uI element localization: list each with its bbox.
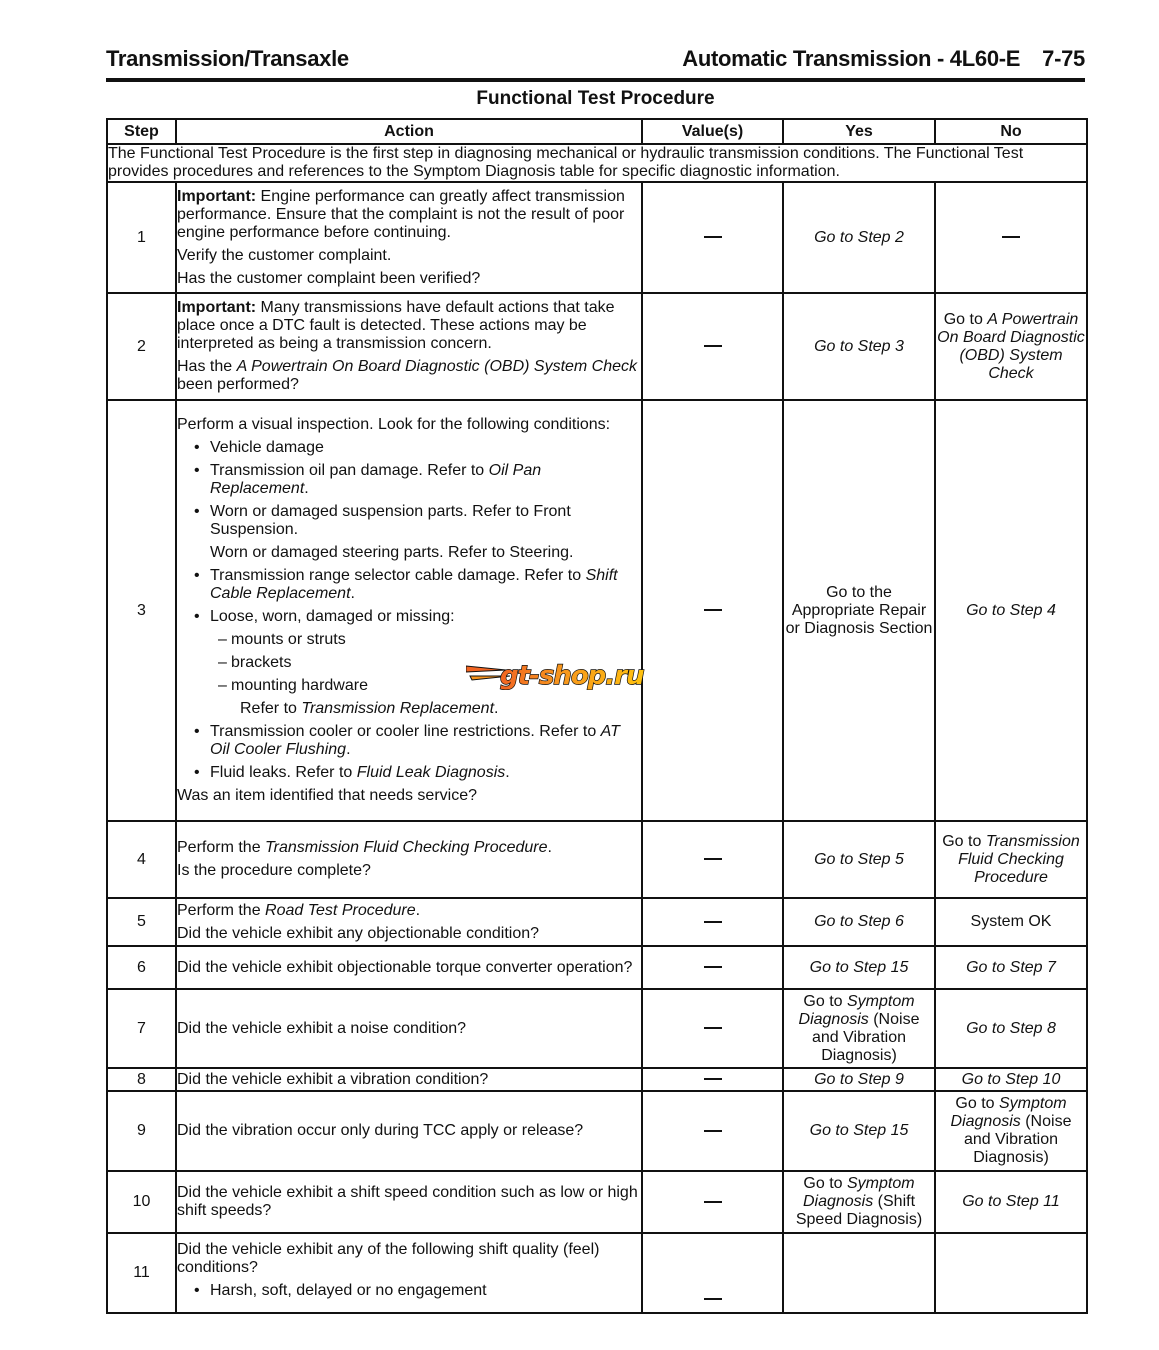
goto-step-link: Go to Step 11 — [962, 1193, 1060, 1210]
action-line: Perform the Road Test Procedure. — [177, 902, 641, 920]
goto-step-link: Go to Step 3 — [814, 338, 904, 355]
action-cell: Did the vibration occur only during TCC … — [176, 1091, 642, 1171]
no-cell: Go to Transmission Fluid Checking Proced… — [935, 821, 1087, 898]
item-text: Transmission cooler or cooler line restr… — [210, 723, 601, 740]
list-item: Transmission range selector cable damage… — [177, 567, 641, 603]
values-cell — [642, 1233, 783, 1313]
step-number: 4 — [107, 821, 176, 898]
table-row: 6Did the vehicle exhibit objectionable t… — [107, 946, 1087, 989]
item-text: mounts or struts — [231, 631, 346, 648]
action-question: Did the vehicle exhibit objectionable to… — [177, 959, 641, 977]
yes-cell: Go to Step 5 — [783, 821, 935, 898]
item-text: Vehicle damage — [210, 439, 324, 456]
section-title: Transmission/Transaxle — [106, 46, 349, 72]
action-intro: Perform a visual inspection. Look for th… — [177, 416, 641, 434]
reference-link: Road Test Procedure — [265, 902, 416, 919]
col-header-step: Step — [107, 119, 176, 144]
yes-cell: Go to Step 2 — [783, 182, 935, 293]
no-cell — [935, 182, 1087, 293]
important-note: Important: Many transmissions have defau… — [177, 299, 641, 353]
list-item: Worn or damaged steering parts. Refer to… — [177, 544, 641, 562]
svg-text:gt-shop.ru: gt-shop.ru — [500, 661, 644, 690]
action-line: Verify the customer complaint. — [177, 247, 641, 265]
values-cell — [642, 898, 783, 946]
action-question: Was an item identified that needs servic… — [177, 787, 641, 805]
not-applicable-dash — [704, 345, 722, 347]
not-applicable-dash — [704, 1130, 722, 1132]
values-cell — [642, 946, 783, 989]
yes-cell: Go to Step 3 — [783, 293, 935, 400]
step-number: 11 — [107, 1233, 176, 1313]
text: . — [416, 902, 420, 919]
intro-row: The Functional Test Procedure is the fir… — [107, 144, 1087, 182]
list-item: Loose, worn, damaged or missing: — [177, 608, 641, 626]
table-header-row: Step Action Value(s) Yes No — [107, 119, 1087, 144]
yes-cell: Go to Step 6 — [783, 898, 935, 946]
col-header-values: Value(s) — [642, 119, 783, 144]
text: . — [548, 839, 552, 856]
values-cell — [642, 1091, 783, 1171]
reference-link: Transmission Replacement — [301, 700, 494, 717]
yes-cell — [783, 1233, 935, 1313]
action-question: Did the vehicle exhibit any objectionabl… — [177, 925, 641, 943]
step-number: 1 — [107, 182, 176, 293]
table-row: 2Important: Many transmissions have defa… — [107, 293, 1087, 400]
action-question: Has the A Powertrain On Board Diagnostic… — [177, 358, 641, 394]
goto-step-link: Go to Step 4 — [966, 602, 1056, 619]
item-text: Worn or damaged suspension parts. Refer … — [210, 503, 571, 538]
col-header-yes: Yes — [783, 119, 935, 144]
not-applicable-dash — [704, 1201, 722, 1203]
page-header: Transmission/Transaxle Automatic Transmi… — [106, 44, 1085, 82]
step-number: 7 — [107, 989, 176, 1068]
list-item: Vehicle damage — [177, 439, 641, 457]
no-cell: Go to Step 7 — [935, 946, 1087, 989]
step-number: 9 — [107, 1091, 176, 1171]
table-row: 5Perform the Road Test Procedure.Did the… — [107, 898, 1087, 946]
list-item: Worn or damaged suspension parts. Refer … — [177, 503, 641, 539]
action-cell: Perform the Transmission Fluid Checking … — [176, 821, 642, 898]
action-cell: Important: Engine performance can greatl… — [176, 182, 642, 293]
action-cell: Perform a visual inspection. Look for th… — [176, 400, 642, 821]
outcome-text: Go to the Appropriate Repair or Diagnosi… — [786, 584, 933, 637]
important-label: Important: — [177, 299, 256, 316]
important-note: Important: Engine performance can greatl… — [177, 188, 641, 242]
values-cell — [642, 821, 783, 898]
table-row: 3Perform a visual inspection. Look for t… — [107, 400, 1087, 821]
step-number: 5 — [107, 898, 176, 946]
values-cell — [642, 293, 783, 400]
outcome-text: Go to — [803, 993, 847, 1010]
step-number: 6 — [107, 946, 176, 989]
watermark-logo: gt-shop.ru — [466, 660, 692, 690]
no-cell: System OK — [935, 898, 1087, 946]
goto-step-link: Go to Step 9 — [814, 1071, 904, 1088]
goto-step-link: Go to Step 8 — [966, 1020, 1056, 1037]
table-row: 4Perform the Transmission Fluid Checking… — [107, 821, 1087, 898]
goto-step-link: Go to Step 2 — [814, 229, 904, 246]
item-text: . — [351, 585, 355, 602]
col-header-no: No — [935, 119, 1087, 144]
item-text: Transmission range selector cable damage… — [210, 567, 586, 584]
col-header-action: Action — [176, 119, 642, 144]
table-row: 8Did the vehicle exhibit a vibration con… — [107, 1068, 1087, 1091]
item-text: . — [494, 700, 498, 717]
not-applicable-dash — [704, 1027, 722, 1029]
chapter-title: Automatic Transmission - 4L60-E7-75 — [682, 46, 1085, 72]
action-question: Did the vehicle exhibit a shift speed co… — [177, 1184, 641, 1220]
item-text: Transmission oil pan damage. Refer to — [210, 462, 489, 479]
goto-step-link: Go to Step 15 — [810, 959, 909, 976]
goto-step-link: Go to Step 15 — [810, 1122, 909, 1139]
text: Has the — [177, 358, 237, 375]
reference-link: Transmission Fluid Checking Procedure — [265, 839, 547, 856]
table-row: 11Did the vehicle exhibit any of the fol… — [107, 1233, 1087, 1313]
goto-step-link: Go to Step 5 — [814, 851, 904, 868]
list-item: mounts or struts — [177, 631, 641, 649]
step-number: 10 — [107, 1171, 176, 1233]
table-row: 9Did the vibration occur only during TCC… — [107, 1091, 1087, 1171]
item-text: . — [346, 741, 350, 758]
values-cell — [642, 1171, 783, 1233]
values-cell — [642, 400, 783, 821]
item-text: mounting hardware — [231, 677, 368, 694]
not-applicable-dash — [704, 921, 722, 923]
action-cell: Did the vehicle exhibit a shift speed co… — [176, 1171, 642, 1233]
text: Perform the — [177, 902, 265, 919]
action-cell: Perform the Road Test Procedure.Did the … — [176, 898, 642, 946]
values-cell — [642, 182, 783, 293]
no-cell: Go to Step 10 — [935, 1068, 1087, 1091]
reference-link: Fluid Leak Diagnosis — [357, 764, 506, 781]
not-applicable-dash — [704, 1298, 722, 1300]
not-applicable-dash — [704, 858, 722, 860]
yes-cell: Go to Step 15 — [783, 1091, 935, 1171]
yes-cell: Go to Step 15 — [783, 946, 935, 989]
action-question: Did the vibration occur only during TCC … — [177, 1122, 641, 1140]
list-item: Refer to Transmission Replacement. — [177, 700, 641, 718]
table-row: 1Important: Engine performance can great… — [107, 182, 1087, 293]
page-number: 7-75 — [1042, 46, 1085, 71]
important-label: Important: — [177, 188, 256, 205]
action-line: Perform the Transmission Fluid Checking … — [177, 839, 641, 857]
yes-cell: Go to Symptom Diagnosis (Shift Speed Dia… — [783, 1171, 935, 1233]
table-row: 10Did the vehicle exhibit a shift speed … — [107, 1171, 1087, 1233]
item-text: Fluid leaks. Refer to — [210, 764, 357, 781]
not-applicable-dash — [704, 966, 722, 968]
values-cell — [642, 989, 783, 1068]
text: been performed? — [177, 376, 299, 393]
table-row: 7Did the vehicle exhibit a noise conditi… — [107, 989, 1087, 1068]
action-cell: Did the vehicle exhibit a vibration cond… — [176, 1068, 642, 1091]
action-cell: Did the vehicle exhibit any of the follo… — [176, 1233, 642, 1313]
action-question: Did the vehicle exhibit a noise conditio… — [177, 1020, 641, 1038]
action-cell: Important: Many transmissions have defau… — [176, 293, 642, 400]
list-item: Harsh, soft, delayed or no engagement — [177, 1282, 641, 1300]
action-question: Is the procedure complete? — [177, 862, 641, 880]
item-text: Harsh, soft, delayed or no engagement — [210, 1282, 487, 1299]
not-applicable-dash — [704, 1078, 722, 1080]
step-number: 8 — [107, 1068, 176, 1091]
no-cell: Go to Symptom Diagnosis (Noise and Vibra… — [935, 1091, 1087, 1171]
no-cell: Go to Step 4 — [935, 400, 1087, 821]
outcome-text: Go to — [944, 311, 988, 328]
list-item: Fluid leaks. Refer to Fluid Leak Diagnos… — [177, 764, 641, 782]
text: Perform the — [177, 839, 265, 856]
item-text: Worn or damaged steering parts. Refer to… — [210, 544, 573, 561]
action-cell: Did the vehicle exhibit a noise conditio… — [176, 989, 642, 1068]
step-number: 3 — [107, 400, 176, 821]
values-cell — [642, 1068, 783, 1091]
item-text: Refer to — [240, 700, 301, 717]
yes-cell: Go to the Appropriate Repair or Diagnosi… — [783, 400, 935, 821]
no-cell: Go to A Powertrain On Board Diagnostic (… — [935, 293, 1087, 400]
list-item: Transmission cooler or cooler line restr… — [177, 723, 641, 759]
not-applicable-dash — [1002, 236, 1020, 238]
goto-step-link: Go to Step 6 — [814, 913, 904, 930]
action-question: Did the vehicle exhibit any of the follo… — [177, 1241, 641, 1277]
no-cell: Go to Step 8 — [935, 989, 1087, 1068]
yes-cell: Go to Step 9 — [783, 1068, 935, 1091]
item-text: brackets — [231, 654, 291, 671]
no-cell: Go to Step 11 — [935, 1171, 1087, 1233]
step-number: 2 — [107, 293, 176, 400]
chapter-name: Automatic Transmission - 4L60-E — [682, 46, 1020, 71]
outcome-text: Go to — [942, 833, 986, 850]
outcome-text: System OK — [971, 913, 1052, 930]
reference-link: A Powertrain On Board Diagnostic (OBD) S… — [237, 358, 637, 375]
outcome-text: Go to — [803, 1175, 847, 1192]
item-text: Loose, worn, damaged or missing: — [210, 608, 455, 625]
not-applicable-dash — [704, 609, 722, 611]
list-item: Transmission oil pan damage. Refer to Oi… — [177, 462, 641, 498]
no-cell — [935, 1233, 1087, 1313]
action-question: Did the vehicle exhibit a vibration cond… — [177, 1071, 641, 1089]
action-cell: Did the vehicle exhibit objectionable to… — [176, 946, 642, 989]
goto-step-link: Go to Step 10 — [962, 1071, 1061, 1088]
yes-cell: Go to Symptom Diagnosis (Noise and Vibra… — [783, 989, 935, 1068]
item-text: . — [304, 480, 308, 497]
intro-text: The Functional Test Procedure is the fir… — [107, 144, 1087, 182]
action-question: Has the customer complaint been verified… — [177, 270, 641, 288]
outcome-text: Go to — [955, 1095, 999, 1112]
not-applicable-dash — [704, 236, 722, 238]
goto-step-link: Go to Step 7 — [966, 959, 1056, 976]
procedure-table: Step Action Value(s) Yes No The Function… — [106, 118, 1088, 1314]
table-title: Functional Test Procedure — [106, 88, 1085, 110]
item-text: . — [505, 764, 509, 781]
